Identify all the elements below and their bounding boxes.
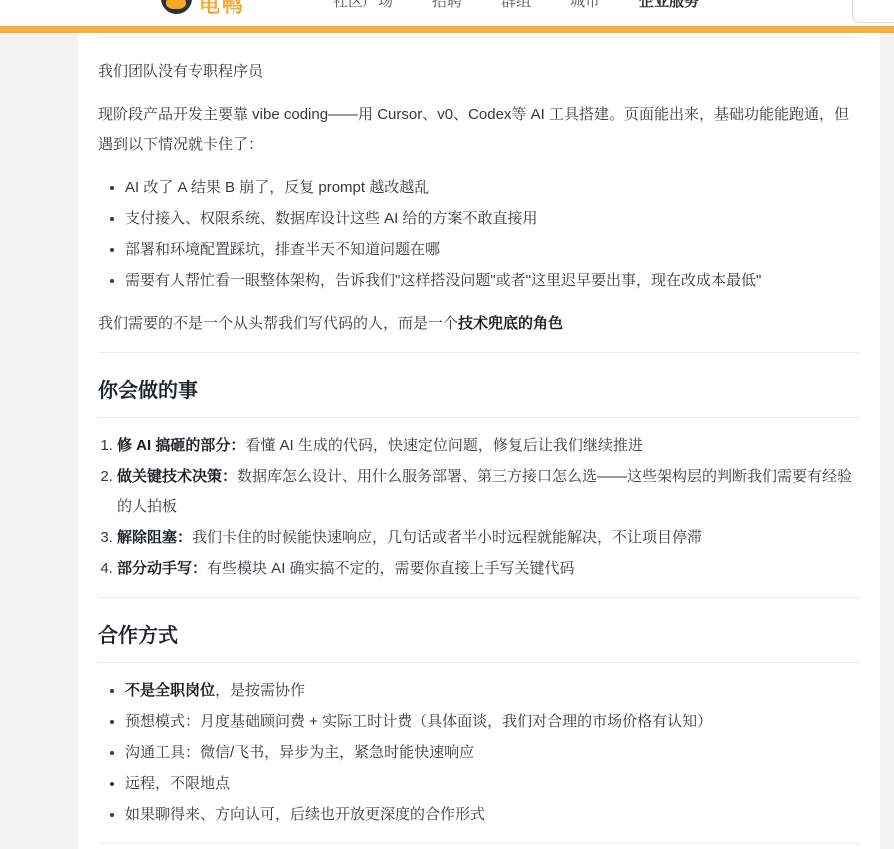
- list-item: 如果聊得来、方向认可，后续也开放更深度的合作形式: [125, 800, 860, 830]
- section-title-duties: 你会做的事: [98, 377, 860, 418]
- nav-item-cities[interactable]: 城市: [570, 0, 600, 12]
- duty-bold: 解除阻塞：: [117, 529, 192, 546]
- divider: [98, 843, 860, 844]
- paragraph-current-state: 现阶段产品开发主要靠 vibe coding——用 Cursor、v0、Code…: [98, 100, 860, 160]
- duty-rest: 有些模块 AI 确实搞不定的，需要你直接上手写关键代码: [207, 560, 575, 577]
- duck-body-shape: [166, 0, 186, 9]
- list-item: 部署和环境配置踩坑，排查半天不知道问题在哪: [125, 235, 860, 265]
- duty-rest: 我们卡住的时候能快速响应，几句话或者半小时远程就能解决，不让项目停滞: [192, 529, 702, 546]
- divider: [98, 352, 860, 353]
- list-item: 做关键技术决策：数据库怎么设计、用什么服务部署、第三方接口怎么选——这些架构层的…: [117, 462, 860, 522]
- coop-rest: 沟通工具：微信/飞书，异步为主，紧急时能快速响应: [125, 744, 474, 761]
- section-title-cooperation: 合作方式: [98, 622, 860, 663]
- accent-bar: [0, 26, 894, 33]
- need-text: 我们需要的不是一个从头帮我们写代码的人，而是一个: [98, 315, 458, 332]
- list-item: 预想模式：月度基础顾问费 + 实际工时计费（具体面谈，我们对合理的市场价格有认知…: [125, 707, 860, 737]
- paragraph-need: 我们需要的不是一个从头帮我们写代码的人，而是一个技术兜底的角色: [98, 309, 860, 339]
- list-item: 不是全职岗位，是按需协作: [125, 676, 860, 706]
- list-item: 沟通工具：微信/飞书，异步为主，紧急时能快速响应: [125, 738, 860, 768]
- duty-bold: 部分动手写：: [117, 560, 207, 577]
- duck-logo-icon[interactable]: [161, 0, 192, 14]
- coop-rest: 远程，不限地点: [125, 775, 230, 792]
- divider: [98, 597, 860, 598]
- duties-list: 修 AI 搞砸的部分：看懂 AI 生成的代码，快速定位问题，修复后让我们继续推进…: [98, 431, 860, 584]
- list-item: 远程，不限地点: [125, 769, 860, 799]
- duty-bold: 做关键技术决策：: [117, 468, 237, 485]
- list-item: AI 改了 A 结果 B 崩了，反复 prompt 越改越乱: [125, 173, 860, 203]
- nav-item-groups[interactable]: 群组: [501, 0, 531, 12]
- job-post-content: 我们团队没有专职程序员 现阶段产品开发主要靠 vibe coding——用 Cu…: [78, 57, 880, 844]
- main-nav: 社区广场 招聘 群组 城市 企业服务: [333, 0, 699, 12]
- need-bold-text: 技术兜底的角色: [458, 315, 563, 332]
- list-item: 需要有人帮忙看一眼整体架构，告诉我们"这样搭没问题"或者"这里迟早要出事，现在改…: [125, 266, 860, 296]
- coop-rest: 如果聊得来、方向认可，后续也开放更深度的合作形式: [125, 806, 485, 823]
- list-item: 部分动手写：有些模块 AI 确实搞不定的，需要你直接上手写关键代码: [117, 554, 860, 584]
- duty-rest: 看懂 AI 生成的代码，快速定位问题，修复后让我们继续推进: [245, 437, 643, 454]
- list-item: 修 AI 搞砸的部分：看懂 AI 生成的代码，快速定位问题，修复后让我们继续推进: [117, 431, 860, 461]
- list-item: 解除阻塞：我们卡住的时候能快速响应，几句话或者半小时远程就能解决，不让项目停滞: [117, 523, 860, 553]
- coop-rest: 预想模式：月度基础顾问费 + 实际工时计费（具体面谈，我们对合理的市场价格有认知…: [125, 713, 712, 730]
- nav-item-enterprise[interactable]: 企业服务: [639, 0, 699, 12]
- nav-item-jobs[interactable]: 招聘: [432, 0, 462, 12]
- page: 电鸭 社区广场 招聘 群组 城市 企业服务 我们团队没有专职程序员 现阶段产品开…: [0, 0, 894, 849]
- problem-list: AI 改了 A 结果 B 崩了，反复 prompt 越改越乱 支付接入、权限系统…: [98, 173, 860, 296]
- top-navbar: 电鸭 社区广场 招聘 群组 城市 企业服务: [0, 0, 894, 26]
- logo-divider: [233, 0, 234, 15]
- article-card: 我们团队没有专职程序员 现阶段产品开发主要靠 vibe coding——用 Cu…: [78, 33, 880, 849]
- search-box[interactable]: [852, 0, 894, 23]
- content-top-divider: [98, 37, 860, 38]
- coop-bold: 不是全职岗位: [125, 682, 215, 699]
- coop-rest: ，是按需协作: [215, 682, 305, 699]
- paragraph-intro: 我们团队没有专职程序员: [98, 57, 860, 87]
- nav-item-community[interactable]: 社区广场: [333, 0, 393, 12]
- cooperation-list: 不是全职岗位，是按需协作 预想模式：月度基础顾问费 + 实际工时计费（具体面谈，…: [98, 676, 860, 830]
- logo-text[interactable]: 电鸭: [199, 0, 245, 19]
- list-item: 支付接入、权限系统、数据库设计这些 AI 给的方案不敢直接用: [125, 204, 860, 234]
- duty-bold: 修 AI 搞砸的部分：: [117, 437, 245, 454]
